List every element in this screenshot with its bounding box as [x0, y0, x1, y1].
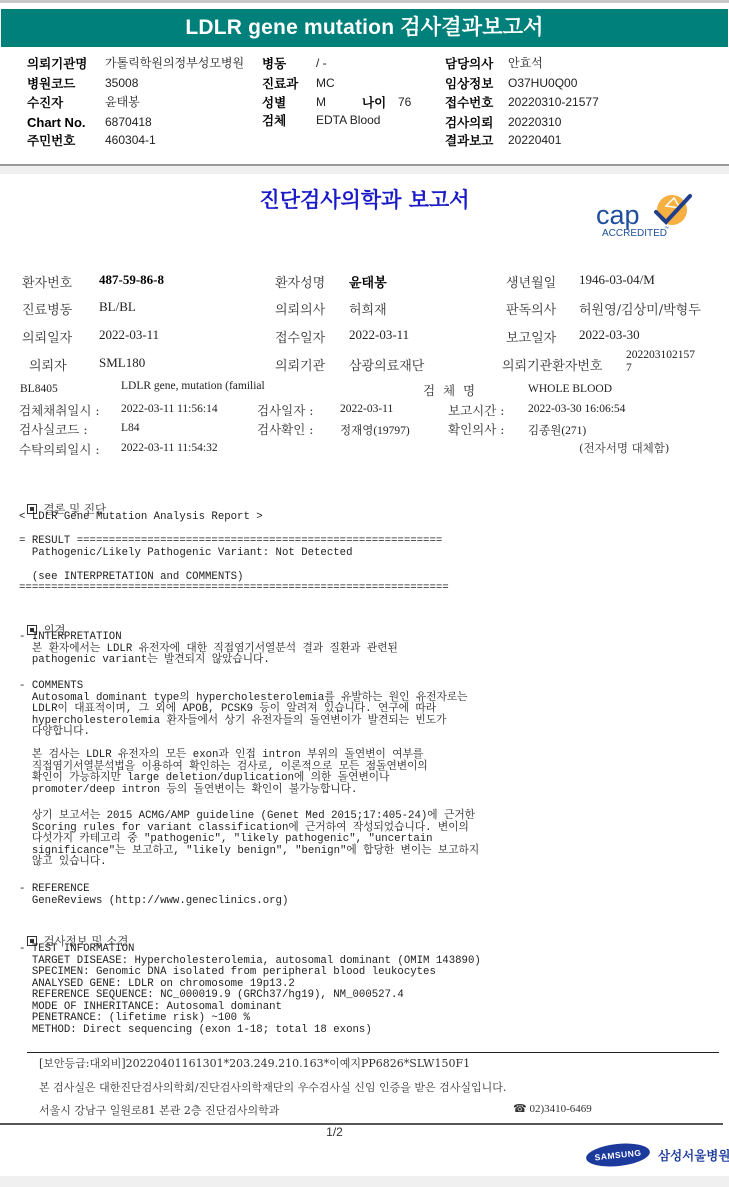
patient-label: 의뢰의사 — [275, 299, 325, 318]
separator-shade — [0, 166, 729, 174]
top-rule — [0, 0, 729, 3]
report-time-label: 보고시간 : — [448, 401, 505, 419]
lab-code-value: L84 — [121, 422, 140, 434]
report-time-value: 2022-03-30 16:06:54 — [528, 403, 625, 415]
referred-value: 2022-03-11 11:54:32 — [121, 442, 218, 454]
patient-value: 허희재 — [349, 299, 387, 318]
bottom-shade — [0, 1176, 729, 1187]
hospital-name: 삼성서울병원 — [658, 1146, 729, 1164]
header-label: 담당의사 — [445, 55, 493, 72]
test-date-label: 검사일자 : — [257, 401, 314, 419]
header-label: 접수번호 — [445, 94, 493, 111]
header-label: 임상정보 — [445, 75, 493, 92]
patient-label: 환자성명 — [275, 272, 325, 291]
header-value: / - — [316, 55, 327, 72]
patient-value: 2022-03-11 — [99, 327, 159, 343]
page-number: 1/2 — [0, 1125, 669, 1139]
comments: - COMMENTS Autosomal dominant type의 hype… — [19, 681, 467, 739]
samsung-mark: SAMSUNG — [585, 1141, 651, 1170]
header-label: 병원코드 — [27, 75, 75, 92]
address-line: 서울시 강남구 일원로81 본관 2층 진단검사의학과 — [39, 1102, 279, 1118]
header-label: Chart No. — [27, 114, 86, 131]
header-label: 의뢰기관명 — [27, 55, 87, 72]
header-value: MC — [316, 75, 335, 92]
patient-value: 허원영/김상미/박형두 — [579, 299, 701, 318]
samsung-hospital-logo: SAMSUNG 삼성서울병원 — [586, 1142, 721, 1168]
phone: ☎ 02)3410-6469 — [513, 1102, 592, 1115]
cap-accredited-logo: cap ACCREDITED ™ — [594, 192, 694, 240]
patient-value: 2022-03-30 — [579, 327, 640, 343]
patient-number: 487-59-86-8 — [99, 272, 164, 288]
patient-label: 환자번호 — [22, 272, 72, 291]
patient-value: SML180 — [99, 355, 145, 371]
patient-label: 생년월일 — [506, 272, 556, 291]
header-label: 검체 — [262, 112, 286, 129]
test-name: LDLR gene, mutation (familial — [121, 380, 265, 392]
header-label: 진료과 — [262, 75, 298, 92]
header-row: 수진자 윤태봉 성별 M 나이 76 접수번호 20220310-21577 — [0, 94, 729, 111]
interpretation: - INTERPRETATION 본 환자에서는 LDLR 유전자에 대한 직접… — [19, 632, 398, 667]
svg-text:™: ™ — [664, 226, 669, 232]
specimen-value: WHOLE BLOOD — [528, 383, 612, 395]
header-value: 20220310 — [508, 114, 561, 131]
result-end: ========================================… — [19, 583, 449, 595]
test-date-value: 2022-03-11 — [340, 403, 393, 415]
security-line: [보안등급:대외비]20220401161301*203.249.210.163… — [39, 1055, 470, 1071]
header-row: 의뢰기관명 가톨릭학원의정부성모병원 병동 / - 담당의사 안효석 — [0, 55, 729, 72]
age-label: 나이 — [362, 94, 386, 111]
verified-label: 검사확인 : — [257, 420, 314, 438]
collected-label: 검체채취일시 : — [19, 401, 100, 419]
comments-paragraph-2: 본 검사는 LDLR 유전자의 모든 exon과 인접 intron 부위의 돌… — [19, 750, 428, 796]
patient-value: 2022-03-11 — [349, 327, 409, 343]
patient-value: BL/BL — [99, 299, 136, 315]
result-text: Pathogenic/Likely Pathogenic Variant: No… — [19, 548, 353, 560]
confirm-doctor-value: 김종원(271) — [528, 422, 586, 438]
header-label: 성별 — [262, 94, 286, 111]
phone-icon: ☎ — [513, 1103, 527, 1115]
verified-value: 정재영(19797) — [340, 422, 410, 438]
test-code: BL8405 — [20, 383, 58, 395]
header-label: 병동 — [262, 55, 286, 72]
patient-label: 판독의사 — [506, 299, 556, 318]
certification-line: 본 검사실은 대한진단검사의학회/진단검사의학재단의 우수검사실 신임 인증을 … — [39, 1079, 506, 1095]
header-value: 20220310-21577 — [508, 94, 599, 111]
header-row: 주민번호 460304-1 결과보고 20220401 — [0, 132, 729, 149]
patient-label: 진료병동 — [22, 299, 72, 318]
patient-value: 7 — [626, 362, 632, 374]
header-label: 수진자 — [27, 94, 63, 111]
header-value: 460304-1 — [105, 132, 156, 149]
header-value: M — [316, 94, 326, 111]
header-value: 안효석 — [508, 55, 543, 72]
patient-name: 윤태봉 — [349, 272, 387, 291]
test-information: - TEST INFORMATION TARGET DISEASE: Hyper… — [19, 944, 481, 1036]
header-value: O37HU0Q00 — [508, 75, 577, 92]
header-row: 병원코드 35008 진료과 MC 임상정보 O37HU0Q00 — [0, 75, 729, 92]
patient-label: 의뢰기관환자번호 — [502, 355, 602, 374]
svg-text:cap: cap — [596, 200, 640, 230]
patient-value: 202203102157 — [626, 349, 695, 361]
header-value: 윤태봉 — [105, 94, 140, 111]
svg-text:ACCREDITED: ACCREDITED — [602, 228, 667, 239]
header-value: 6870418 — [105, 114, 152, 131]
lab-code-label: 검사실코드 : — [19, 420, 88, 438]
header-value: 20220401 — [508, 132, 561, 149]
collected-value: 2022-03-11 11:56:14 — [121, 403, 218, 415]
header-label: 검사의뢰 — [445, 114, 493, 131]
patient-label: 의뢰자 — [29, 355, 67, 374]
specimen-label: 검 체 명 — [423, 381, 475, 399]
footer-rule — [27, 1052, 719, 1053]
confirm-doctor-label: 확인의사 : — [448, 420, 505, 438]
header-value: 가톨릭학원의정부성모병원 — [105, 55, 244, 72]
header-row: Chart No. 6870418 검체 EDTA Blood 검사의뢰 202… — [0, 114, 729, 131]
comments-paragraph-3: 상기 보고서는 2015 ACMG/AMP guideline (Genet M… — [19, 811, 479, 869]
phone-number: 02)3410-6469 — [529, 1103, 591, 1115]
patient-label: 의뢰일자 — [22, 327, 72, 346]
patient-value: 삼광의료재단 — [349, 355, 424, 374]
report-name: < LDLR Gene Mutation Analysis Report > — [19, 512, 263, 524]
header-info: 의뢰기관명 가톨릭학원의정부성모병원 병동 / - 담당의사 안효석 병원코드 … — [0, 55, 729, 151]
patient-label: 보고일자 — [506, 327, 556, 346]
result-bar: = RESULT ===============================… — [19, 536, 442, 548]
patient-dob: 1946-03-04/M — [579, 272, 655, 288]
patient-label: 접수일자 — [275, 327, 325, 346]
header-value: EDTA Blood — [316, 112, 380, 129]
esign-note: (전자서명 대체함) — [579, 440, 669, 456]
report-banner-title: LDLR gene mutation 검사결과보고서 — [1, 9, 728, 47]
referred-label: 수탁의뢰일시 : — [19, 440, 100, 458]
patient-label: 의뢰기관 — [275, 355, 325, 374]
reference: - REFERENCE GeneReviews (http://www.gene… — [19, 884, 288, 907]
age-value: 76 — [398, 94, 411, 111]
header-label: 주민번호 — [27, 132, 75, 149]
header-value: 35008 — [105, 75, 138, 92]
header-label: 결과보고 — [445, 132, 493, 149]
